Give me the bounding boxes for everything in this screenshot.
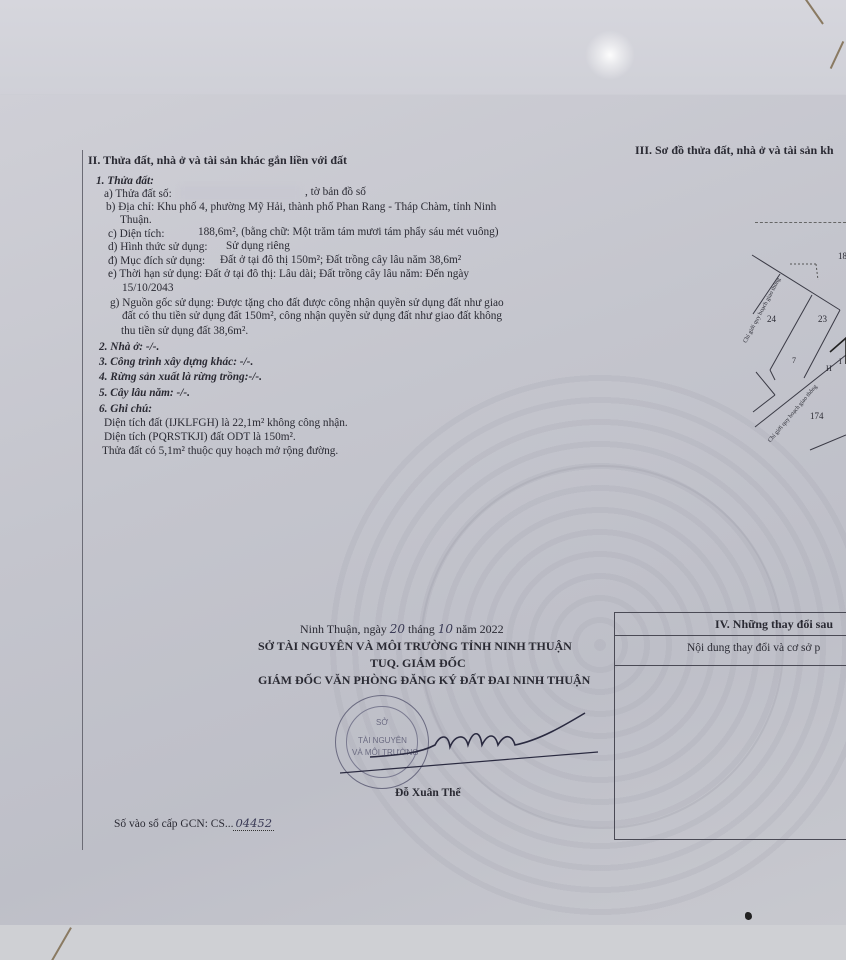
- handwritten-day: 20: [390, 622, 405, 636]
- origin-line-1: g) Nguồn gốc sử dụng: Được tặng cho đất …: [110, 297, 504, 310]
- forest-item: 4. Rừng sản xuất là rừng trồng:-/-.: [99, 371, 262, 384]
- signature-scribble: [340, 705, 600, 780]
- address-line-1: b) Địa chỉ: Khu phố 4, phường Mỹ Hải, th…: [106, 201, 496, 214]
- floor-background: [0, 0, 846, 100]
- year-label: năm 2022: [456, 622, 504, 636]
- on-behalf-of: TUQ. GIÁM ĐỐC: [370, 656, 466, 671]
- redacted-parcel-number: [180, 186, 300, 200]
- changes-title: IV. Những thay đổi sau: [715, 617, 833, 632]
- place-date: Ninh Thuận, ngày 20 tháng 10 năm 2022: [300, 622, 504, 637]
- other-construction-item: 3. Công trình xây dựng khác: -/-.: [99, 356, 253, 369]
- section-iii-title: III. Sơ đồ thửa đất, nhà ở và tài sản kh: [635, 143, 834, 158]
- parcel-label-23: 23: [818, 313, 827, 326]
- gcn-handwritten-number: 04452: [233, 816, 274, 831]
- point-label-i: I: [839, 355, 842, 368]
- map-label-top-right: 18: [838, 250, 846, 263]
- parcel-label-24: 24: [767, 313, 776, 326]
- map-dashed-line: [755, 222, 846, 223]
- gcn-registry-number: Số vào sổ cấp GCN: CS...04452: [114, 816, 274, 830]
- usage-form-label: d) Hình thức sử dụng:: [108, 241, 207, 254]
- signer-name: Đỗ Xuân Thể: [395, 787, 461, 799]
- gcn-label: Số vào sổ cấp GCN: CS...: [114, 818, 233, 830]
- area-label: c) Diện tích:: [108, 228, 164, 241]
- usage-form-value: Sử dụng riêng: [226, 240, 290, 253]
- changes-subheader-text: Nội dung thay đổi và cơ sở p: [687, 642, 820, 654]
- usage-purpose-label: đ) Mục đích sử dụng:: [108, 255, 205, 268]
- handwritten-month: 10: [438, 622, 453, 636]
- floor-background-bottom: [0, 925, 846, 960]
- point-label-h: H: [826, 362, 832, 375]
- changes-table: IV. Những thay đổi sau Nội dung thay đổi…: [614, 612, 846, 840]
- note-item: Thửa đất có 5,1m² thuộc quy hoạch mở rộn…: [102, 445, 338, 458]
- office-title: GIÁM ĐỐC VĂN PHÒNG ĐĂNG KÝ ĐẤT ĐAI NINH …: [258, 673, 590, 688]
- origin-line-3: thu tiền sử dụng đất 38,6m².: [121, 325, 248, 338]
- dimension-label: 7: [792, 354, 796, 367]
- changes-table-header: IV. Những thay đổi sau: [615, 613, 846, 636]
- place-date-prefix: Ninh Thuận, ngày: [300, 622, 387, 636]
- section-ii-title: II. Thửa đất, nhà ở và tài sản khác gắn …: [88, 153, 347, 168]
- perennial-item: 5. Cây lâu năm: -/-.: [99, 387, 190, 400]
- dirt-speck: [745, 912, 752, 920]
- note-item: Diện tích (PQRSTKJI) đất ODT là 150m².: [104, 431, 296, 444]
- house-item: 2. Nhà ở: -/-.: [99, 341, 159, 354]
- usage-term-line-1: e) Thời hạn sử dụng: Đất ở tại đô thị: L…: [108, 268, 469, 281]
- notes-heading: 6. Ghi chú:: [99, 403, 152, 416]
- changes-table-subheader: Nội dung thay đổi và cơ sở p: [615, 635, 846, 666]
- month-label: tháng: [408, 622, 435, 636]
- issuing-organization: SỞ TÀI NGUYÊN VÀ MÔI TRƯỜNG TỈNH NINH TH…: [258, 639, 572, 654]
- parcel-heading: 1. Thửa đất:: [96, 175, 154, 188]
- usage-term-line-2: 15/10/2043: [122, 282, 173, 295]
- origin-line-2: đất có thu tiền sử dụng đất 150m², công …: [122, 310, 502, 323]
- area-value: 188,6m², (bằng chữ: Một trăm tám mươi tá…: [198, 226, 499, 239]
- parcel-label-174: 174: [810, 410, 824, 423]
- map-sheet-label: , tờ bản đồ số: [305, 186, 366, 199]
- parcel-number-label: a) Thửa đất số:: [104, 188, 172, 201]
- usage-purpose-value: Đất ở tại đô thị 150m²; Đất trồng cây lâ…: [220, 254, 461, 267]
- note-item: Diện tích đất (IJKLFGH) là 22,1m² không …: [104, 417, 348, 430]
- address-line-2: Thuận.: [120, 214, 152, 227]
